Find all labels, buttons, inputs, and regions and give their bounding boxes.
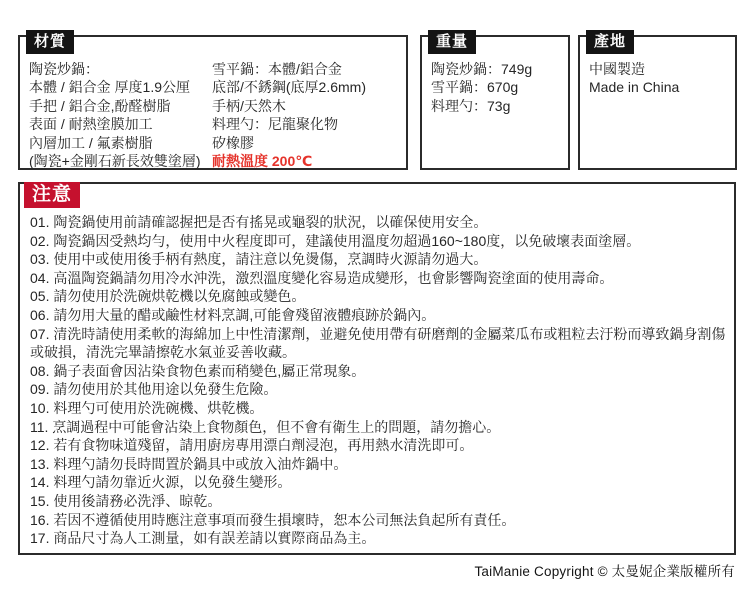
notice-section: 注意 01. 陶瓷鍋使用前請確認握把是否有搖晃或龜裂的狀況，以確保使用安全。 0… (18, 182, 736, 555)
spec-line: 陶瓷炒鍋：749g (431, 60, 532, 78)
spec-line: 表面 / 耐熱塗膜加工 (29, 115, 201, 133)
spec-line: 料理勺：73g (431, 97, 532, 115)
notice-section-label: 注意 (24, 182, 80, 208)
notice-item: 10. 料理勺可使用於洗碗機、烘乾機。 (30, 399, 726, 418)
origin-section: 產地 中國製造 Made in China (578, 35, 737, 170)
notice-item: 02. 陶瓷鍋因受熱均勻，使用中火程度即可，建議使用溫度勿超過160~180度，… (30, 232, 726, 251)
notice-item: 13. 料理勺請勿長時間置於鍋具中或放入油炸鍋中。 (30, 455, 726, 474)
origin-section-label: 產地 (586, 30, 634, 54)
spec-line: (陶瓷+金剛石新長效雙塗層) (29, 152, 201, 170)
material-snow-pan-specs: 雪平鍋：本體/鋁合金 底部/不銹鋼(底厚2.6mm) 手柄/天然木 料理勺：尼龍… (212, 60, 366, 170)
notice-item: 11. 烹調過程中可能會沾染上食物顏色，但不會有衛生上的問題，請勿擔心。 (30, 418, 726, 437)
spec-line: Made in China (589, 78, 679, 96)
notice-item: 08. 鍋子表面會因沾染食物色素而稍變色,屬正常現象。 (30, 362, 726, 381)
spec-line: 雪平鍋：670g (431, 78, 532, 96)
spec-line: 矽橡膠 (212, 134, 366, 152)
notice-item: 09. 請勿使用於其他用途以免發生危險。 (30, 380, 726, 399)
origin-specs: 中國製造 Made in China (589, 60, 679, 97)
notice-item: 05. 請勿使用於洗碗烘乾機以免腐蝕或變色。 (30, 287, 726, 306)
spec-line: 料理勺：尼龍聚化物 (212, 115, 366, 133)
spec-line: 底部/不銹鋼(底厚2.6mm) (212, 78, 366, 96)
notice-item: 07. 清洗時請使用柔軟的海綿加上中性清潔劑，並避免使用帶有研磨劑的金屬菜瓜布或… (30, 325, 726, 362)
notice-item: 14. 料理勺請勿靠近火源，以免發生變形。 (30, 473, 726, 492)
spec-line: 本體 / 鋁合金 厚度1.9公厘 (29, 78, 201, 96)
product-spec-sheet: 材質 陶瓷炒鍋： 本體 / 鋁合金 厚度1.9公厘 手把 / 鋁合金,酚醛樹脂 … (0, 0, 750, 595)
notice-item: 17. 商品尺寸為人工測量，如有誤差請以實際商品為主。 (30, 529, 726, 548)
material-section: 材質 陶瓷炒鍋： 本體 / 鋁合金 厚度1.9公厘 手把 / 鋁合金,酚醛樹脂 … (18, 35, 408, 170)
material-ceramic-wok-specs: 陶瓷炒鍋： 本體 / 鋁合金 厚度1.9公厘 手把 / 鋁合金,酚醛樹脂 表面 … (29, 60, 201, 170)
weight-section-label: 重量 (428, 30, 476, 54)
spec-line: 手柄/天然木 (212, 97, 366, 115)
material-section-label: 材質 (26, 30, 74, 54)
spec-line: 手把 / 鋁合金,酚醛樹脂 (29, 97, 201, 115)
spec-line: 中國製造 (589, 60, 679, 78)
copyright-notice: TaiManie Copyright © 太曼妮企業版權所有 (474, 560, 735, 580)
notice-item: 15. 使用後請務必洗淨、晾乾。 (30, 492, 726, 511)
spec-line: 內層加工 / 氟素樹脂 (29, 134, 201, 152)
heat-resistance-highlight: 耐熱溫度 200℃ (212, 152, 366, 170)
notice-item: 01. 陶瓷鍋使用前請確認握把是否有搖晃或龜裂的狀況，以確保使用安全。 (30, 213, 726, 232)
spec-line: 雪平鍋：本體/鋁合金 (212, 60, 366, 78)
spec-line: 陶瓷炒鍋： (29, 60, 201, 78)
notice-item: 04. 高溫陶瓷鍋請勿用冷水沖洗，激烈溫度變化容易造成變形，也會影響陶瓷塗面的使… (30, 269, 726, 288)
weight-specs: 陶瓷炒鍋：749g 雪平鍋：670g 料理勺：73g (431, 60, 532, 115)
weight-section: 重量 陶瓷炒鍋：749g 雪平鍋：670g 料理勺：73g (420, 35, 570, 170)
notice-item: 16. 若因不遵循使用時應注意事項而發生損壞時，恕本公司無法負起所有責任。 (30, 511, 726, 530)
notice-item: 03. 使用中或使用後手柄有熱度，請注意以免燙傷，烹調時火源請勿過大。 (30, 250, 726, 269)
notice-list: 01. 陶瓷鍋使用前請確認握把是否有搖晃或龜裂的狀況，以確保使用安全。 02. … (30, 213, 726, 548)
notice-item: 06. 請勿用大量的醋或鹼性材料烹調,可能會殘留液體痕跡於鍋內。 (30, 306, 726, 325)
notice-item: 12. 若有食物味道殘留，請用廚房專用漂白劑浸泡，再用熱水清洗即可。 (30, 436, 726, 455)
